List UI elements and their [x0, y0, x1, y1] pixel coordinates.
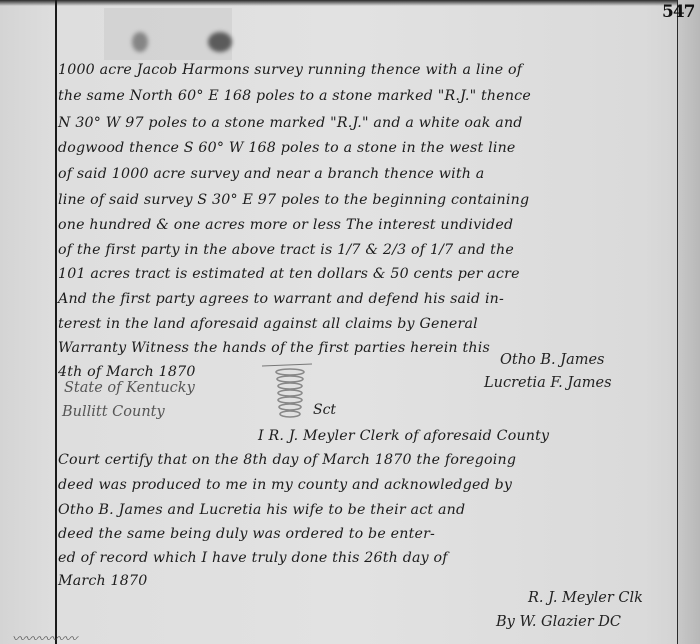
deputy-clerk-signature: By W. Glazier DC — [496, 614, 621, 630]
body-line: of said 1000 acre survey and near a bran… — [58, 166, 676, 182]
ledger-page: 547 1000 acre Jacob Harmons survey runni… — [0, 0, 700, 644]
page-top-edge-shadow — [0, 0, 700, 6]
venue-county: Bullitt County — [62, 404, 165, 420]
ink-smudge — [208, 32, 232, 52]
body-line: the same North 60° E 168 poles to a ston… — [58, 88, 676, 104]
margin-note: 〰〰〰〰〰 — [12, 628, 77, 644]
certificate-line: ed of record which I have truly done thi… — [58, 550, 676, 566]
page-number: 547 — [662, 2, 695, 22]
seal-scroll-icon — [262, 362, 312, 420]
certificate-line: March 1870 — [58, 573, 676, 589]
scilicet-mark: Sct — [313, 402, 336, 418]
ink-smudge — [132, 32, 148, 52]
left-margin-rule — [55, 0, 57, 644]
right-page-margin — [678, 0, 700, 644]
certificate-line: I R. J. Meyler Clerk of aforesaid County — [58, 428, 676, 444]
body-line: terest in the land aforesaid against all… — [58, 316, 676, 332]
certificate-line: deed the same being duly was ordered to … — [58, 526, 676, 542]
body-line: line of said survey S 30° E 97 poles to … — [58, 192, 676, 208]
certificate-line: Otho B. James and Lucretia his wife to b… — [58, 502, 676, 518]
body-line: dogwood thence S 60° W 168 poles to a st… — [58, 140, 676, 156]
certificate-line: deed was produced to me in my county and… — [58, 477, 676, 493]
grantor-signature: Lucretia F. James — [484, 375, 612, 391]
body-line: one hundred & one acres more or less The… — [58, 217, 676, 233]
body-line: of the first party in the above tract is… — [58, 242, 676, 258]
clerk-signature: R. J. Meyler Clk — [528, 590, 643, 606]
venue-state: State of Kentucky — [64, 380, 195, 396]
certificate-line: Court certify that on the 8th day of Mar… — [58, 452, 676, 468]
body-line: 101 acres tract is estimated at ten doll… — [58, 266, 676, 282]
body-line: N 30° W 97 poles to a stone marked "R.J.… — [58, 115, 676, 131]
body-line: 1000 acre Jacob Harmons survey running t… — [58, 62, 676, 78]
body-line: And the first party agrees to warrant an… — [58, 291, 676, 307]
right-margin-rule — [677, 0, 678, 644]
grantor-signature: Otho B. James — [500, 352, 605, 368]
